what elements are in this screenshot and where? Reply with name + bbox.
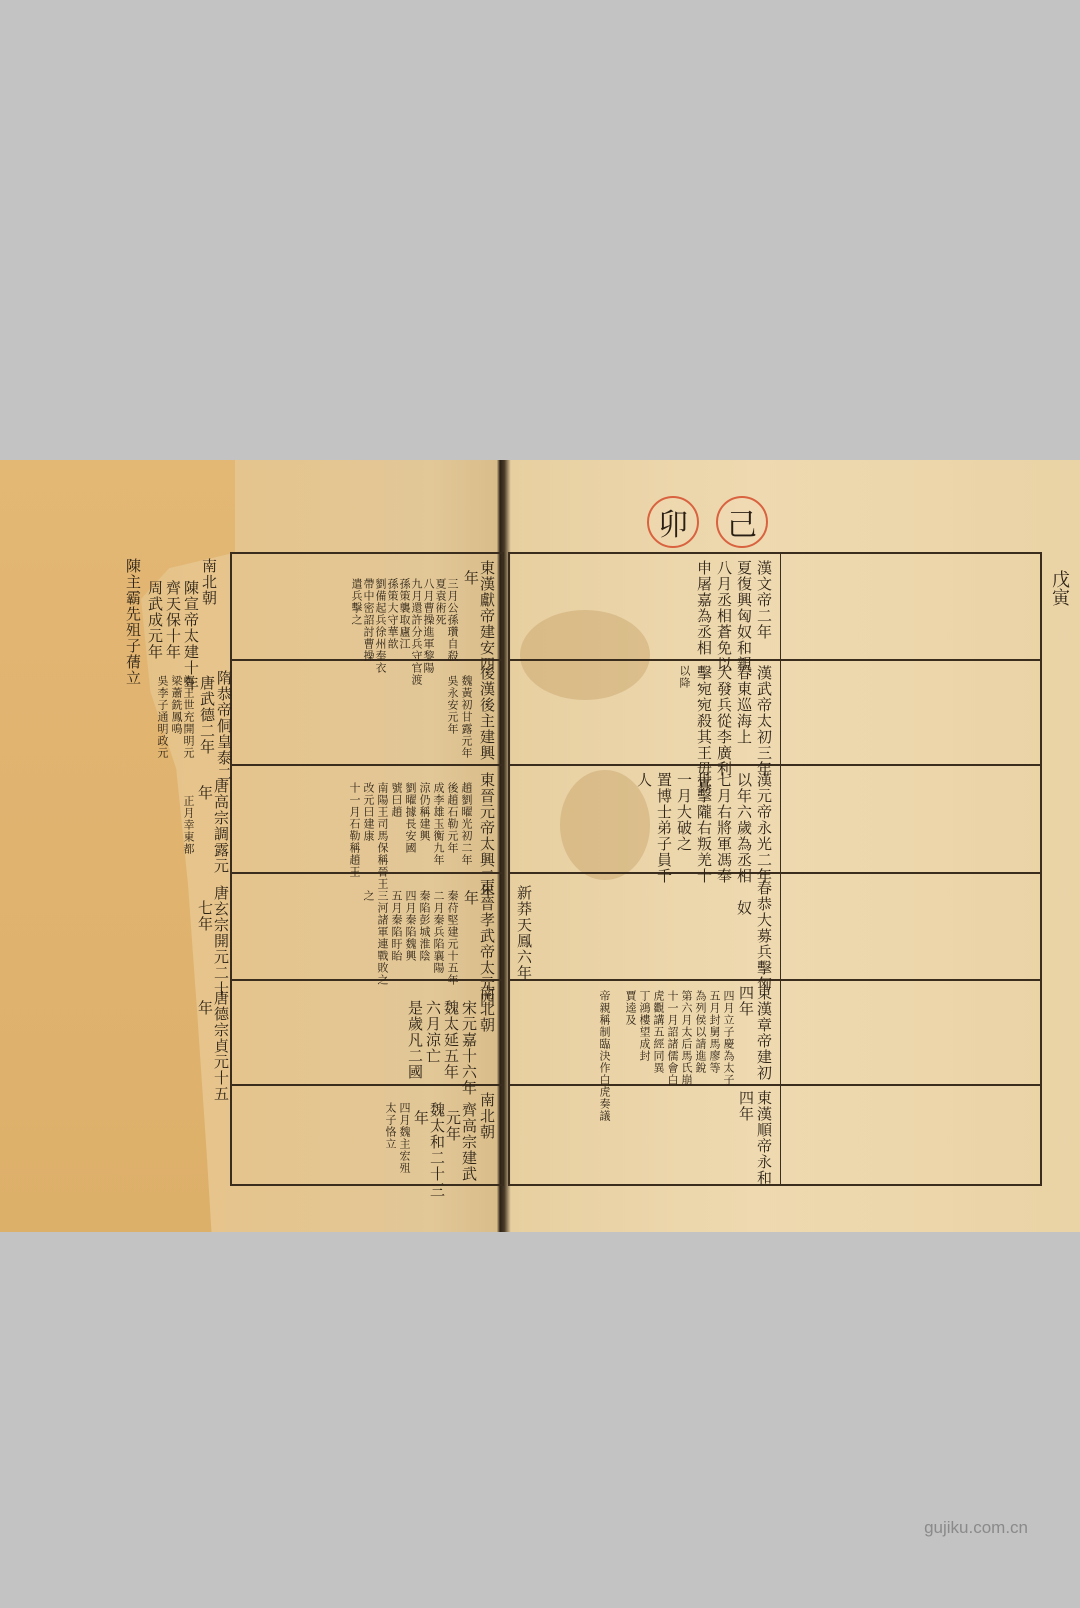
entry-col: 鄭王世充開明元	[182, 675, 194, 759]
entry-col: 四年	[737, 1090, 754, 1122]
entry-col: 奴	[735, 900, 752, 916]
side-label: 戊寅	[1046, 570, 1072, 606]
entry-col: 唐德宗貞元十五	[212, 990, 229, 1102]
entry-col: 大發兵從李廣利	[715, 665, 732, 777]
entry-col: 隋恭帝侗皇泰二	[215, 670, 232, 782]
entry-col: 十一月詔諸儒會白	[666, 990, 678, 1086]
entry-col: 號曰趙	[390, 782, 402, 818]
entry-col: 趙劉曜光初二年	[460, 782, 472, 866]
entry-col: 遣兵擊之	[350, 578, 362, 626]
entry-col: 年	[412, 1110, 429, 1126]
entry-col: 年	[462, 890, 479, 906]
entry-col: 年	[196, 1000, 213, 1016]
entry-col: 魏太延五年	[442, 1000, 459, 1080]
entry-col: 成李雄玉衡九年	[432, 782, 444, 866]
entry-col: 七月右將軍馮奉	[715, 772, 732, 884]
entry-col: 八月曹操進軍黎陽	[422, 578, 434, 674]
site-watermark: gujiku.com.cn	[924, 1518, 1028, 1538]
entry-col: 陳主霸先殂子蒨立	[124, 558, 141, 686]
entry-col: 涼仍稱建興	[418, 782, 430, 842]
entry-col: 七年	[196, 900, 213, 932]
entry-col: 東漢章帝建初	[755, 985, 772, 1081]
entry-col: 年	[462, 570, 479, 586]
entry-col: 置博士弟子員千	[655, 772, 672, 884]
entry-col: 五月封舅馬廖等	[708, 990, 720, 1074]
entry-col: 四月魏主宏殂	[398, 1102, 410, 1174]
entry-col: 以年六歲為丞相	[735, 772, 752, 884]
entry-col: 齊高宗建武	[460, 1102, 477, 1182]
entry-col: 孫策大守華歆	[386, 578, 398, 650]
seal-mao: 卯	[647, 496, 699, 548]
entry-col: 魏太和二十三	[428, 1102, 445, 1198]
entry-col: 四月立子慶為太子	[722, 990, 734, 1086]
entry-col: 四年	[737, 985, 754, 1017]
entry-col: 後漢後主建興	[478, 665, 495, 761]
entry-col: 八月丞相蒼免以	[715, 560, 732, 672]
entry-col: 唐武德二年	[198, 675, 215, 755]
entry-col: 漢文帝二年	[755, 560, 772, 640]
entry-col: 秦苻堅建元十五年	[446, 890, 458, 986]
entry-col: 吳李子通明政元	[156, 675, 168, 759]
entry-col: 帶中密詔討曹操	[362, 578, 374, 662]
entry-col: 唐玄宗開元二十	[212, 885, 229, 997]
entry-col: 九月還許分兵守官渡	[410, 578, 422, 686]
entry-col: 丁鴻樓望成封	[638, 990, 650, 1062]
entry-col: 第六月太后馬氏崩	[680, 990, 692, 1086]
entry-col: 帝親稱制臨決作白虎奏議	[598, 990, 610, 1122]
entry-col: 南北朝	[478, 985, 495, 1033]
entry-col: 南北朝	[478, 1092, 495, 1140]
entry-col: 夏復興匈奴和親	[735, 560, 752, 672]
entry-col: 以降	[678, 665, 690, 689]
entry-col: 孫策襲取廬江	[398, 578, 410, 650]
entry-col: 梁蕭銑鳳鳴	[170, 675, 182, 735]
entry-col: 六月涼亡	[424, 1000, 441, 1064]
entry-col: 南陽王司馬保稱晉王	[376, 782, 388, 890]
entry-col: 劉備起兵徐州奉衣	[374, 578, 386, 674]
entry-col: 申屠嘉為丞相	[695, 560, 712, 656]
entry-col: 年	[196, 785, 213, 801]
entry-col: 改元曰建康	[362, 782, 374, 842]
entry-col: 正月幸東都	[182, 795, 194, 855]
entry-col: 太子恪立	[384, 1102, 396, 1150]
entry-col: 是歲凡二國	[406, 1000, 423, 1080]
entry-col: 十一月石勒稱趙王	[348, 782, 360, 878]
right-table	[508, 552, 1042, 1186]
entry-col: 新莽天鳳六年	[515, 885, 532, 981]
entry-col: 賈逵及	[624, 990, 636, 1026]
entry-col: 東漢順帝永和	[755, 1090, 772, 1186]
entry-col: 三月公孫瓚自殺	[446, 578, 458, 662]
entry-col: 後趙石勒元年	[446, 782, 458, 854]
seal-ji: 己	[716, 496, 768, 548]
entry-col: 劉曜據長安國	[404, 782, 416, 854]
entry-col: 東漢獻帝建安四	[478, 560, 495, 672]
entry-col: 夏袁術死	[434, 578, 446, 626]
entry-col: 周武成元年	[146, 580, 163, 660]
entry-col: 春恭大募兵擊匈	[755, 880, 772, 992]
entry-col: 唐高宗調露元	[212, 778, 229, 874]
entry-col: 春東巡海上	[735, 665, 752, 745]
entry-col: 人	[635, 772, 652, 788]
entry-col: 虎觀講五經同異	[652, 990, 664, 1074]
entry-col: 三河諸軍連戰敗之	[376, 890, 388, 986]
entry-col: 五月秦陷盱眙	[390, 890, 402, 962]
entry-col: 吳永安元年	[446, 675, 458, 735]
entry-col: 四月秦陷魏興	[404, 890, 416, 962]
entry-col: 一月大破之	[675, 772, 692, 852]
book-scan: 卯 己 戊寅 漢文帝二年 夏復興匈奴和親 八月丞相蒼免以 申屠嘉為丞相 漢武帝太…	[0, 460, 1080, 1232]
entry-col: 漢武帝太初三年	[755, 665, 772, 777]
entry-col: 齊天保十年	[164, 580, 181, 660]
entry-col: 元年	[444, 1110, 461, 1142]
entry-col: 南北朝	[200, 558, 217, 606]
entry-col: 魏黃初甘露元年	[460, 675, 472, 759]
entry-col: 之	[362, 890, 374, 902]
entry-col: 世擊隴右叛羌十	[695, 772, 712, 884]
entry-col: 為列侯以請進銳	[694, 990, 706, 1074]
entry-col: 宋元嘉十六年	[460, 1000, 477, 1096]
entry-col: 秦陷彭城淮陰	[418, 890, 430, 962]
entry-col: 二月秦兵陷襄陽	[432, 890, 444, 974]
entry-col: 漢元帝永光二年	[755, 772, 772, 884]
